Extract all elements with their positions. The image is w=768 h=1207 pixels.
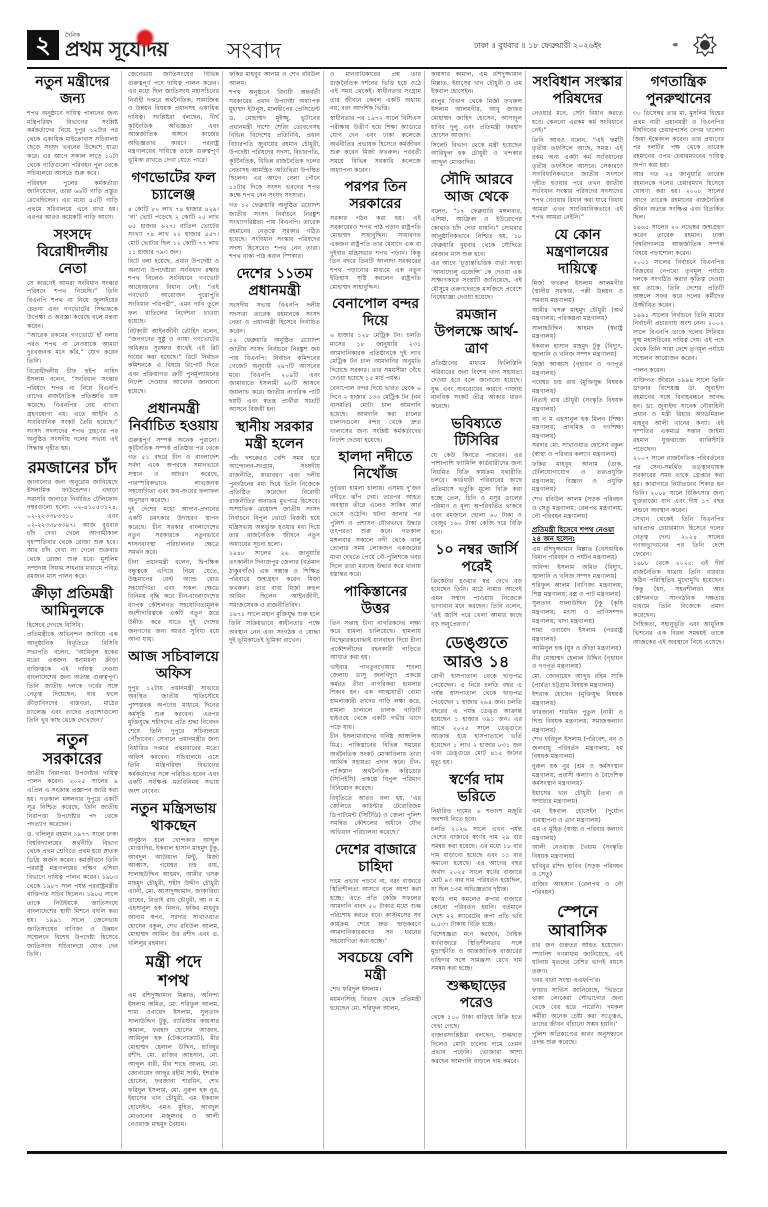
article-paragraph: ৬ হাজার ১২৮ মেট্রিক টন। চলতি মাসের ১৮ জা… [330, 332, 421, 384]
article-paragraph: বিবৃতিতে আরও বলা হয়, ‘এর জেলিতে কাউন্টা… [330, 795, 421, 838]
article-body: দুপুর ১২টায় প্রধানমন্ত্রী সাভারে অবস্থি… [128, 685, 219, 797]
news-article: গণতান্ত্রিক পুনরুত্থানের৩০ ডিসেম্বর তার … [633, 74, 724, 363]
article-body: জানানোর জন্য অনুরোধ জানিয়েছে ইসলামিক ফা… [27, 479, 118, 582]
news-article: শুল্কছাড়ের পরেওথেকে ১০০ টাকা বাড়িয়ে ব… [431, 978, 522, 1067]
article-body: সে কারণেই আমরা সংবিধান সংস্কার পরিষদে শপ… [27, 280, 118, 454]
news-article: যে কোন মন্ত্রণালয়ের দায়িত্বেমির্জা ফখর… [532, 227, 623, 522]
article-paragraph: শেখ রবিউল আলম (সড়ক পরিবহন ও সেতু মন্ত্র… [532, 496, 623, 522]
article-paragraph: নুরুল হক নুর (শ্রম ও কর্মসংস্থান মন্ত্রণ… [532, 763, 623, 789]
article-paragraph: মির্জা ফখরুল ইসলাম আলমগীর (স্থানীয় সরকা… [532, 280, 623, 306]
article-body: শেখ ফরিদুল ইসলাম।ময়মনসিংহ বিভাগ থেকে প্… [330, 986, 421, 1013]
article-paragraph: চীন ইসলামাবাদের ঘনিষ্ঠ আঞ্চলিক মিত্র। পা… [330, 733, 421, 793]
news-article: বেনাপোল বন্দর দিয়ে৬ হাজার ১২৮ মেট্রিক ট… [330, 296, 421, 445]
article-body: দুর্বৃত্তরা হামলা চালায়। এসময় দু’জন নদ… [330, 485, 421, 580]
article-headline[interactable]: স্বর্ণের দাম ভরিতে [431, 772, 522, 806]
article-headline[interactable]: সবচেয়ে বেশি মন্ত্রী [330, 950, 421, 984]
article-paragraph: ফকির মাহবুব আনাম ও শেখ রবিউল আলম। [229, 71, 320, 88]
rising-sun-icon [135, 28, 155, 48]
news-article: ১০ নম্বর জার্সি পরেইক্রিকেটার হওয়ার স্ব… [431, 542, 522, 630]
article-body: যে কেউ কিনতে পারবেন। এর পাশাপাশি ফ্যামিল… [431, 452, 522, 538]
article-paragraph: ইশরাক হোসেন (মুক্তিযুদ্ধ বিষয়ক মন্ত্রণা… [532, 691, 623, 708]
article-body: ও মানবাধিকারের প্রশ্ন তার রাজনৈতিক দর্শন… [330, 71, 421, 175]
article-headline[interactable]: সংসদে বিরোধীদলীয় নেতা [27, 227, 118, 278]
article-headline[interactable]: প্রতিমন্ত্রী হিসেবে শপথ নেওয়া ২৪ জন হলে… [532, 526, 623, 544]
article-body: মির্জা ফখরুল ইসলাম আলমগীর (স্থানীয় সরকা… [532, 280, 623, 522]
article-paragraph: গত ১২ ফেব্রুয়ারি অনুষ্ঠিত ত্রয়োদশ জাতী… [229, 202, 320, 262]
article-paragraph: শপথ অনুষ্ঠানে দায়িত্ব পালনের জন্য মন্ত্… [27, 110, 118, 179]
article-body: এম রশিদুজ্জামান মিল্লাত, অনিন্দ্য ইসলাম … [128, 992, 219, 1130]
news-article: রমজান উপলক্ষে আর্থ-ত্রাণপ্রতিষ্ঠানের মাধ… [431, 307, 522, 412]
news-article: দেশের বাজারে চাহিদাদামে প্রভাব পড়বে না,… [330, 842, 421, 947]
article-headline[interactable]: মন্ত্রী পদে শপথ [128, 952, 219, 990]
article-headline[interactable]: পরপর তিন সরকারের [330, 179, 421, 213]
news-article: আজ সচিবালয়ে অফিসদুপুর ১২টায় প্রধানমন্ত… [128, 649, 219, 797]
article-paragraph: বিরোধীদলীয় চীফ হুইপ নাহিদ ইসলাম বলেন, “… [27, 368, 118, 454]
article-paragraph: পরিবহন পুলের কর্মকর্তারা জানিয়েছেন, তার… [27, 180, 118, 223]
article-paragraph: তিন সপ্তাহ চীনা নাগরিকদের লক্ষ্য করে হাম… [330, 620, 421, 663]
article-paragraph: মীর মোহাম্মদ হেলাল উদ্দিন (গৃহায়ন ও গণপ… [532, 655, 623, 672]
article-headline[interactable]: পাকিস্তানের উত্তর [330, 584, 421, 618]
article-paragraph: রংপুর বিভাগ থেকে মির্জা ফখরুল ইসলাম আলমগ… [431, 98, 522, 141]
article-paragraph: কায়সার কামাল, এম রশিদুজ্জামান মিল্লাত, … [431, 71, 522, 97]
news-column: নতুন মন্ত্রীদের জন্যশপথ অনুষ্ঠানে দায়িত… [27, 71, 122, 1149]
news-article: স্থানীয় সরকার মন্ত্রী হলেনপাঁচ দশকেরও ব… [229, 419, 320, 646]
article-paragraph: থেকে ১০০ টাকা বাড়িয়ে বিক্রি হতে দেখা গ… [431, 1014, 522, 1031]
article-paragraph: সেখান থেকেই তিনি বিএনপির ভারপ্রাপ্ত চেয়… [633, 516, 724, 559]
article-paragraph: ইকবাল হাসান মাহমুদ টুকু (বিদ্যুৎ, জ্বালা… [532, 343, 623, 360]
article-body: এম রশিদুজ্জামান মিল্লাত (বেসামরিক বিমান … [532, 546, 623, 898]
article-body: সরকার গঠন করা হয়। এই সরকারেরও শপথ পাঠ প… [330, 215, 421, 292]
article-paragraph: সালাহউদ্দিন আহমদ (স্বরাষ্ট্র মন্ত্রণালয়… [532, 325, 623, 342]
news-column: সংবিধান সংস্কার পরিষদেরনেওয়ার মনে, সেটা… [532, 71, 627, 1149]
article-body: জেনেভায় জাতিসংঘের বিভিন্ন গুরুত্বপূর্ণ … [128, 71, 219, 166]
article-headline[interactable]: বেনাপোল বন্দর দিয়ে [330, 296, 421, 330]
article-paragraph: প্রতিমন্ত্রীকে অভিনন্দন জানিয়ে এক আনুষ্… [27, 631, 118, 726]
article-paragraph: ফকির মাহবুব আনাম (ডাক, টেলিযোগাযোগ ও তথ্… [532, 461, 623, 495]
article-paragraph: সুলতান সালাউদ্দিন টুকু (কৃষি মন্ত্রণালয়… [532, 600, 623, 626]
article-body: প্রতিষ্ঠানের মাধ্যমে ফিলিস্তিনি পরিবারের… [431, 360, 522, 412]
article-paragraph: বলেন, “১৭ ফেব্রুয়ারি মঙ্গলবার, এশিয়া, … [431, 208, 522, 260]
news-article: জেনেভায় জাতিসংঘের বিভিন্ন গুরুত্বপূর্ণ … [128, 71, 219, 166]
article-paragraph: রিটে বলা হয়েছে, প্রধান উপদেষ্টা ও অন্যা… [128, 258, 219, 327]
article-paragraph: বাজারসংশ্লিষ্টরা বলছেন, শুল্কছাড় দিলেও … [431, 1032, 522, 1066]
article-headline[interactable]: ভবিষ্যতে টিসিবির [431, 416, 522, 450]
article-body: তিন সপ্তাহ চীনা নাগরিকদের লক্ষ্য করে হাম… [330, 620, 421, 838]
news-article: পরপর তিন সরকারেরসরকার গঠন করা হয়। এই সর… [330, 179, 421, 292]
article-paragraph: আর গত ২৪ জানুয়ারি তারেক রহমানকে দলের চে… [633, 171, 724, 223]
article-paragraph: পাঁচ দশকেরও বেশি সময় ধরে আন্দোলন-সংগ্রা… [229, 455, 320, 550]
article-paragraph: হাবিবুর রশিদ হাবিব (সড়ক পরিবহন ও সেতু) [532, 863, 623, 880]
article-headline[interactable]: গণভোটের ফল চ্যালেঞ্জ [128, 170, 219, 204]
article-paragraph: ময়মনসিংহ বিভাগ থেকে প্রতিমন্ত্রী হয়েছে… [330, 996, 421, 1013]
article-paragraph: ফায়ার সার্ভিস জানিয়েছে, ‘ভিতরে থাকা লো… [532, 987, 623, 1030]
news-article: নতুন মন্ত্রীদের জন্যশপথ অনুষ্ঠানে দায়িত… [27, 74, 118, 223]
article-paragraph: শেখ ফরিদুল ইসলাম। [330, 986, 421, 995]
article-paragraph: হিসেবে দেখছে বিসিবি। [27, 622, 118, 631]
article-paragraph: জেনেভায় জাতিসংঘের বিভিন্ন গুরুত্বপূর্ণ … [128, 71, 219, 166]
article-headline[interactable]: স্থানীয় সরকার মন্ত্রী হলেন [229, 419, 320, 453]
article-paragraph: স্বর্ণের দাম কমলেও রুপার বাজারে কোনো পরি… [431, 896, 522, 930]
article-paragraph: জানানোর জন্য অনুরোধ জানিয়েছে ইসলামিক ফা… [27, 479, 118, 582]
article-paragraph: প্রতিষ্ঠানের মাধ্যমে ফিলিস্তিনি পরিবারের… [431, 360, 522, 412]
section-title: সংবাদ [227, 34, 281, 71]
article-headline[interactable]: রমজান উপলক্ষে আর্থ-ত্রাণ [431, 307, 522, 358]
article-paragraph: ও মানবাধিকারের প্রশ্ন তার রাজনৈতিক দর্শন… [330, 71, 421, 114]
article-headline[interactable]: আজ সচিবালয়ে অফিস [128, 649, 219, 683]
octagram-star-icon [693, 33, 717, 57]
article-paragraph: ২০০১ সালের নির্বাচনে বিএনপির বিজয়ের নেপ… [633, 259, 724, 311]
news-article: হালদা নদীতে নিখোঁজদুর্বৃত্তরা হামলা চালা… [330, 449, 421, 580]
article-headline[interactable]: দেশের বাজারে চাহিদা [330, 842, 421, 876]
article-paragraph: বেনাপোল বন্দর দিয়ে ভারত থেকে ৬ দিনে ২ হ… [330, 385, 421, 445]
article-headline[interactable]: রমজানের চাঁদ [27, 458, 118, 477]
article-paragraph: ২০০৭ সালে রাজনৈতিক পরিবর্তনের পর সেনা-সম… [633, 455, 724, 515]
article-paragraph: ১৯৬৫ সালের ২০ নভেম্বর জন্মগ্রহণ করেন তার… [633, 224, 724, 258]
dateline: ঢাকা ॥ বুধবার ॥ ১৮ ফেব্রুয়ারী ২০২৬ইং [474, 40, 601, 53]
article-paragraph: দুপুর ১২টায় প্রধানমন্ত্রী সাভারে অবস্থি… [128, 685, 219, 797]
article-paragraph: সংসদীয় সভায় বিএনপি দলীয় সদস্যরা তারেক… [229, 302, 320, 336]
article-paragraph: আলী নেওয়াজ খৈয়াম (সংস্কৃতি বিষয়ক মন্ত… [532, 844, 623, 861]
article-paragraph: তিনি আরও বলেন, “এই ফর্মটি তৃতীয় তফসিলে … [532, 137, 623, 223]
article-paragraph: দুর্বৃত্তরা হামলা চালায়। এসময় দু’জন নদ… [330, 485, 421, 580]
article-paragraph: আমিনুল হক (যুব ও ক্রীড়া মন্ত্রণালয়) [532, 645, 623, 654]
article-paragraph: এম ইকবাল হোসেইন (দুর্যোগ ব্যবস্থাপনা ও ত… [532, 808, 623, 825]
article-body: পাঁচ দশকেরও বেশি সময় ধরে আন্দোলন-সংগ্রা… [229, 455, 320, 646]
article-paragraph: সে কারণেই আমরা সংবিধান সংস্কার পরিষদে শপ… [27, 280, 118, 332]
article-body: হিসেবে দেখছে বিসিবি।প্রতিমন্ত্রীকে অভিনন… [27, 622, 118, 726]
article-paragraph: গুরুত্বপূর্ণ সম্পর্ক অনেক পুরানো। কূটনৈত… [128, 437, 219, 506]
top-rule [27, 67, 727, 69]
article-paragraph: ব্যক্তিগত জীবনে ১৯৯৪ সালে তিনি ডাক্তার ব… [633, 377, 724, 454]
article-headline[interactable]: দেশের ১১তম প্রধানমন্ত্রী [229, 266, 320, 300]
article-body: ক্রিকেটার হওয়ার স্বপ্ন দেখে বড় হয়েছেন… [431, 578, 522, 630]
article-paragraph: এম এ মুহিত (স্বাস্থ্য ও পরিবার কল্যাণ মন… [532, 826, 623, 843]
article-paragraph: আ ন ম এহসানুল হক মিলন (শিক্ষা মন্ত্রণালয… [532, 416, 623, 442]
article-paragraph: “আরেক রকমের গণভোটে হাঁ বলার পরও শপথ না ন… [27, 332, 118, 366]
article-paragraph: চীনা প্রধানমন্ত্রী বলেন, দ্বিপক্ষিক বন্ধ… [128, 559, 219, 645]
article-paragraph: এম রশিদুজ্জামান মিল্লাত, অনিন্দ্য ইসলাম … [128, 992, 219, 1130]
article-paragraph: এম রশিদুজ্জামান মিল্লাত (বেসামরিক বিমান … [532, 546, 623, 563]
article-paragraph: শামা ওবায়েদ ইসলাম (পররাষ্ট্র মন্ত্রণালয… [532, 627, 623, 644]
article-paragraph: ১৯৯১ সালের নির্বাচনে তিনি মায়ের নির্বাচ… [633, 312, 724, 364]
news-article: পালন করেন।ব্যক্তিগত জীবনে ১৯৯৪ সালে তিনি… [633, 367, 724, 647]
article-headline[interactable]: নতুন মন্ত্রীদের জন্য [27, 74, 118, 108]
article-paragraph: শপথ অনুষ্ঠানে বিদায়ী অন্তর্বর্তী সরকারে… [229, 89, 320, 201]
news-column: গণতান্ত্রিক পুনরুত্থানের৩০ ডিসেম্বর তার … [633, 71, 727, 1149]
bottom-rule [27, 1151, 727, 1154]
article-paragraph: মো. জোনায়েদ আব্দুর রহিম সাকি (পার্বত্য … [532, 673, 623, 690]
article-headline[interactable]: ডেঙ্গুতে আরও ১৪ [431, 633, 522, 671]
article-paragraph: শেখ ফরিদুল ইসলাম (পরিবেশ, বন ও জলবায়ু প… [532, 736, 623, 762]
article-body: রোগী হাসপাতাল থেকে ছাড়পত্র পেয়েছেন। এ … [431, 673, 522, 768]
article-paragraph: ১৯৮৮ থেকে ২০২৫: এই দীর্ঘ রাজনৈতিক যাত্রা… [633, 560, 724, 620]
page-number: ২ [27, 30, 59, 60]
news-column: কায়সার কামাল, এম রশিদুজ্জামান মিল্লাত, … [431, 71, 526, 1149]
article-paragraph: বিশেষজ্ঞরা মনে করছেন, বৈশ্বিক স্বর্ণবাজা… [431, 931, 522, 974]
article-paragraph: ৪ কোটি ৮০ লাখ ৭৪ হাজার ৪২৯। ‘না’ ভোট পড়… [128, 206, 219, 258]
news-article: কায়সার কামাল, এম রশিদুজ্জামান মিল্লাত, … [431, 71, 522, 168]
news-article: নতুন মন্ত্রিসভায় থাকছেনঅনুষ্ঠান হলে খোন… [128, 801, 219, 949]
news-article: ফকির মাহবুব আনাম ও শেখ রবিউল আলম।শপথ অনু… [229, 71, 320, 262]
article-body: নেওয়ার মনে, সেটা বিধান করতে হবে। কেননো … [532, 110, 623, 223]
news-column: ও মানবাধিকারের প্রশ্ন তার রাজনৈতিক দর্শন… [330, 71, 425, 1149]
article-body: ৩০ ডিসেম্বর তার মা, মুসলিম বিশ্বের প্রথম… [633, 110, 724, 363]
article-body: গুরুত্বপূর্ণ সম্পর্ক অনেক পুরানো। কূটনৈত… [128, 437, 219, 645]
news-article: ও মানবাধিকারের প্রশ্ন তার রাজনৈতিক দর্শন… [330, 71, 421, 175]
article-paragraph: দৈহিকতা, সহানুভূতি এবং আধুনিক ভিশনের এক … [633, 621, 724, 647]
article-body: বলেন, “১৭ ফেব্রুয়ারি মঙ্গলবার, এশিয়া, … [431, 208, 522, 304]
article-headline[interactable]: সৌদি আরবে আজ থেকে [431, 172, 522, 206]
article-paragraph: রোগী হাসপাতাল থেকে ছাড়পত্র পেয়েছেন। এ … [431, 673, 522, 768]
article-paragraph: ১৯৪৮ সালের ২৬ জানুয়ারি তৎকালীন দিনাজপুর… [229, 550, 320, 610]
article-body: শপথ অনুষ্ঠানে দায়িত্ব পালনের জন্য মন্ত্… [27, 110, 118, 223]
news-columns: নতুন মন্ত্রীদের জন্যশপথ অনুষ্ঠানে দায়িত… [27, 71, 727, 1149]
article-body: কায়সার কামাল, এম রশিদুজ্জামান মিল্লাত, … [431, 71, 522, 168]
news-article: প্রতিমন্ত্রী হিসেবে শপথ নেওয়া ২৪ জন হলে… [532, 526, 623, 898]
article-paragraph: জাতীয় নিরাপত্তা উপদেষ্টার দায়িত্ব পালন… [27, 770, 118, 830]
article-paragraph: ফারজানা শারমিন পুতুল (নারী ও শিশু বিষয়ক… [532, 709, 623, 735]
article-paragraph: স্বাধীনতার পর ১৯৭২ সালে বিসিএস পরীক্ষায়… [330, 115, 421, 175]
article-headline[interactable]: সংবিধান সংস্কার পরিষদের [532, 74, 623, 108]
article-paragraph: চার জন গুরুতর আহত হয়েছেন। স্প্যানিশ গণম… [532, 942, 623, 976]
article-body: সংসদীয় সভায় বিএনপি দলীয় সদস্যরা তারেক… [229, 302, 320, 415]
article-paragraph: চলতি ২০২৬ সালে এখন পর্যন্ত দেশের বাজারে … [431, 826, 522, 895]
article-paragraph: খবর বার্তা সংস্থা এএফপি’র। [532, 977, 623, 986]
article-headline[interactable]: নতুন সরকারের [27, 730, 118, 768]
article-paragraph: দামে প্রভাব পড়বে না, বরং বাজারে স্থিতিশ… [330, 878, 421, 947]
article-paragraph: নির্ধারিত দামের ৬ শতাংশ মজুরি অবশ্যই নিত… [431, 808, 522, 825]
article-paragraph: গয়েশ্বর চন্দ্র রায় (মুক্তিযুদ্ধ বিষয়ক… [532, 379, 623, 396]
article-headline[interactable]: নতুন মন্ত্রিসভায় থাকছেন [128, 801, 219, 835]
article-paragraph: যে কেউ কিনতে পারবেন। এর পাশাপাশি ফ্যামিল… [431, 452, 522, 538]
news-article: পাকিস্তানের উত্তরতিন সপ্তাহ চীনা নাগরিকদ… [330, 584, 421, 838]
article-headline[interactable]: গণতান্ত্রিক পুনরুত্থানের [633, 74, 724, 108]
article-body: পালন করেন।ব্যক্তিগত জীবনে ১৯৯৪ সালে তিনি… [633, 367, 724, 647]
news-article: ক্রীড়া প্রতিমন্ত্রী আমিনুলকেহিসেবে দেখছ… [27, 586, 118, 726]
article-paragraph: সিলেট বিভাগ থেকে মন্ত্রী হয়েছেন আরিফুল … [431, 142, 522, 168]
article-headline[interactable]: ক্রীড়া প্রতিমন্ত্রী আমিনুলকে [27, 586, 118, 620]
article-paragraph: এর আগে ‘চূড়ান্তভিত্তিক বার্তা সংস্থা ‘আ… [431, 260, 522, 303]
news-article: দেশের ১১তম প্রধানমন্ত্রীসংসদীয় সভায় বি… [229, 266, 320, 415]
news-article: গণভোটের ফল চ্যালেঞ্জ৪ কোটি ৮০ লাখ ৭৪ হাজ… [128, 170, 219, 397]
article-paragraph: রিটকারী আইনজীবী তৌহিদ বলেন, “জনগণের সুষ্… [128, 328, 219, 397]
article-paragraph: অনিন্দ্য ইসলাম অমিত (বিদ্যুৎ, জ্বালানি ও… [532, 564, 623, 581]
news-article: ডেঙ্গুতে আরও ১৪রোগী হাসপাতাল থেকে ছাড়পত… [431, 633, 522, 768]
article-paragraph: ইয়াসের খান চৌধুরী (তথ্য ও সম্প্রচার মন্… [532, 790, 623, 807]
article-paragraph: ক্রিকেটার হওয়ার স্বপ্ন দেখে বড় হয়েছেন… [431, 578, 522, 630]
article-paragraph: পুলিশ অগ্নিকাণ্ডের কারণ অনুসন্ধানে তদন্ত… [532, 1031, 623, 1048]
news-column: ফকির মাহবুব আনাম ও শেখ রবিউল আলম।শপথ অনু… [229, 71, 324, 1149]
article-headline[interactable]: ১০ নম্বর জার্সি পরেই [431, 542, 522, 576]
news-article: রমজানের চাঁদজানানোর জন্য অনুরোধ জানিয়েছ… [27, 458, 118, 582]
article-headline[interactable]: শুল্কছাড়ের পরেও [431, 978, 522, 1012]
article-body: চার জন গুরুতর আহত হয়েছেন। স্প্যানিশ গণম… [532, 942, 623, 1048]
article-body: থেকে ১০০ টাকা বাড়িয়ে বিক্রি হতে দেখা গ… [431, 1014, 522, 1067]
article-paragraph: সরকার গঠন করা হয়। এই সরকারেরও শপথ পাঠ প… [330, 215, 421, 292]
article-headline[interactable]: হালদা নদীতে নিখোঁজ [330, 449, 421, 483]
article-body: নির্ধারিত দামের ৬ শতাংশ মজুরি অবশ্যই নিত… [431, 808, 522, 974]
news-article: সৌদি আরবে আজ থেকেবলেন, “১৭ ফেব্রুয়ারি ম… [431, 172, 522, 304]
article-body: জাতীয় নিরাপত্তা উপদেষ্টার দায়িত্ব পালন… [27, 770, 118, 960]
article-body: অনুষ্ঠান হলে খোন্দকার আব্দুল মোক্তাদির, … [128, 837, 219, 949]
article-paragraph: ১৯৭১ সালে মহান মুক্তিযুদ্ধ শুরু হলে তিনি… [229, 611, 320, 645]
article-paragraph: ১২ ফেব্রুয়ারি অনুষ্ঠিত ত্রয়োদশ জাতীয় … [229, 337, 320, 414]
article-paragraph: শরিফুল আলম (বাণিজ্য মন্ত্রণালয়; শিল্প ম… [532, 582, 623, 599]
news-article: সবচেয়ে বেশি মন্ত্রীশেখ ফরিদুল ইসলাম।ময়… [330, 950, 421, 1013]
article-paragraph: ড. খলিলুর রহমান ১৯৭৭ সালে ঢাকা বিশ্ববিদ্… [27, 831, 118, 960]
article-paragraph: আমীর খসরু মাহমুদ চৌধুরী (অর্থ মন্ত্রণালয… [532, 307, 623, 324]
article-paragraph: মির্জা আব্বাস (গৃহায়ন ও গণপূর্ত মন্ত্রণ… [532, 361, 623, 378]
news-article: সংবিধান সংস্কার পরিষদেরনেওয়ার মনে, সেটা… [532, 74, 623, 223]
news-article: স্বর্ণের দাম ভরিতেনির্ধারিত দামের ৬ শতাং… [431, 772, 522, 974]
article-headline[interactable]: প্রধানমন্ত্রী নির্বাচিত হওয়ায় [128, 401, 219, 435]
chevrons-icon: ‹‹‹‹ [672, 40, 677, 49]
news-article: ভবিষ্যতে টিসিবিরযে কেউ কিনতে পারবেন। এর … [431, 416, 522, 538]
article-headline[interactable]: স্পেনে আবাসিক [532, 902, 623, 940]
article-paragraph: রাজিব আহসান (রেলপথ ও নৌ পরিবহন) [532, 881, 623, 898]
article-paragraph: নেওয়ার মনে, সেটা বিধান করতে হবে। কেননো … [532, 110, 623, 136]
article-body: ৪ কোটি ৮০ লাখ ৭৪ হাজার ৪২৯। ‘না’ ভোট পড়… [128, 206, 219, 397]
news-article: নতুন সরকারেরজাতীয় নিরাপত্তা উপদেষ্টার দ… [27, 730, 118, 960]
article-paragraph: নিতাই রায় চৌধুরী (সংস্কৃতি বিষয়ক মন্ত্… [532, 397, 623, 414]
article-body: ফকির মাহবুব আনাম ও শেখ রবিউল আলম।শপথ অনু… [229, 71, 320, 262]
news-article: সংসদে বিরোধীদলীয় নেতাসে কারণেই আমরা সংব… [27, 227, 118, 454]
article-paragraph: পালন করেন। [633, 367, 724, 376]
article-paragraph: দুই দেশের মধ্যে আদান-প্রদানের একটি চমৎকা… [128, 506, 219, 558]
news-article: মন্ত্রী পদে শপথএম রশিদুজ্জামান মিল্লাত, … [128, 952, 219, 1130]
article-paragraph: ৩০ ডিসেম্বর তার মা, মুসলিম বিশ্বের প্রথম… [633, 110, 724, 170]
article-body: দামে প্রভাব পড়বে না, বরং বাজারে স্থিতিশ… [330, 878, 421, 947]
article-paragraph: খাইবার পাখতুনখোয়ার শাংলা জেলায় ডাসু জল… [330, 664, 421, 733]
news-article: স্পেনে আবাসিকচার জন গুরুতর আহত হয়েছেন। … [532, 902, 623, 1048]
article-headline[interactable]: যে কোন মন্ত্রণালয়ের দায়িত্বে [532, 227, 623, 278]
news-column: জেনেভায় জাতিসংঘের বিভিন্ন গুরুত্বপূর্ণ … [128, 71, 223, 1149]
article-paragraph: অনুষ্ঠান হলে খোন্দকার আব্দুল মোক্তাদির, … [128, 837, 219, 949]
article-paragraph: সরদার মো. সাখাওয়াত হোসেন বকুল (স্বাস্থ্… [532, 442, 623, 459]
news-article: প্রধানমন্ত্রী নির্বাচিত হওয়ায়গুরুত্বপূ… [128, 401, 219, 645]
article-body: ৬ হাজার ১২৮ মেট্রিক টন। চলতি মাসের ১৮ জা… [330, 332, 421, 445]
